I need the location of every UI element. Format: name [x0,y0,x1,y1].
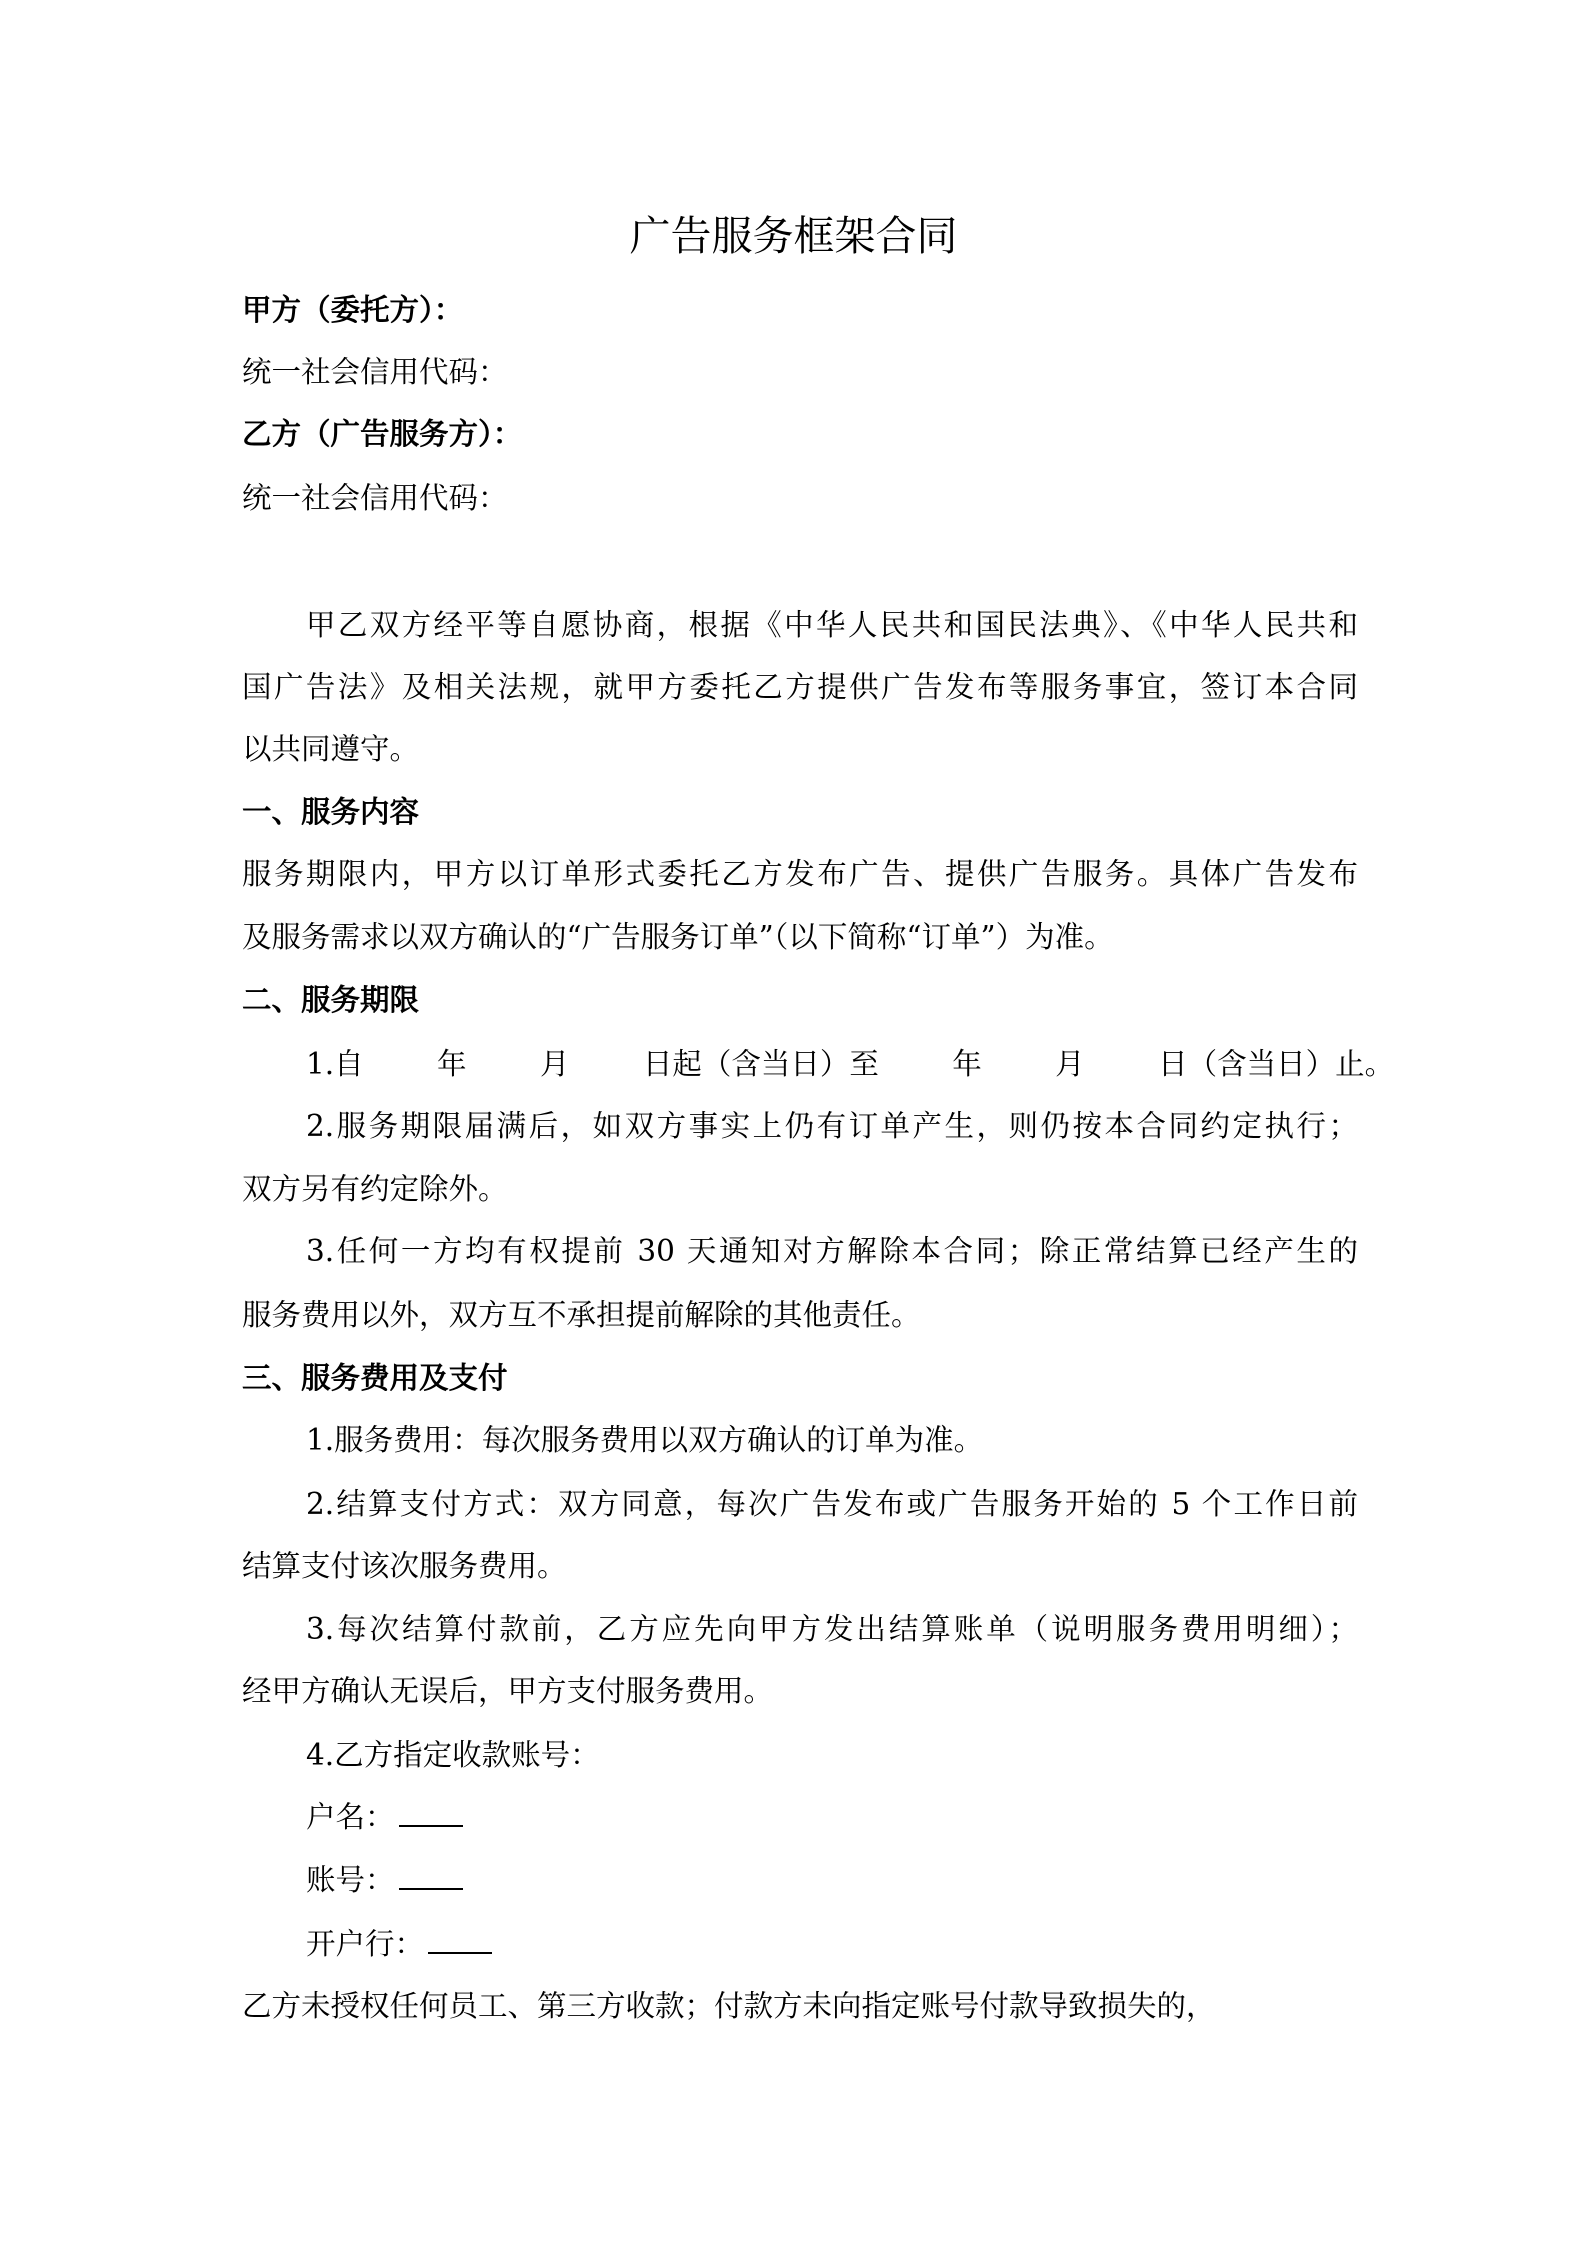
bank-label: 开户行： [306,1927,424,1961]
term-year-to: 年 [952,1047,982,1081]
party-a-label: 甲方（委托方）： [242,290,1358,330]
section-2-item-2-line-2: 双方另有约定除外。 [242,1169,1358,1209]
section-3-item-1: 1.服务费用：每次服务费用以双方确认的订单为准。 [306,1420,1358,1460]
section-1-line-2: 及服务需求以双方确认的“广告服务订单”（以下简称“订单”）为准。 [242,917,1358,957]
account-name-blank [399,1799,463,1827]
section-3-item-4: 4.乙方指定收款账号： [306,1735,1358,1775]
bank-row: 开户行： [306,1924,1358,1964]
section-2-item-3-line-1: 3.任何一方均有权提前 30 天通知对方解除本合同；除正常结算已经产生的 [306,1231,1358,1271]
term-year-from: 年 [437,1047,467,1081]
preamble-line-2: 国广告法》及相关法规，就甲方委托乙方提供广告发布等服务事宜，签订本合同 [242,667,1358,707]
section-2-heading: 二、服务期限 [242,980,1358,1020]
section-3-item-2-line-2: 结算支付该次服务费用。 [242,1546,1358,1586]
term-prefix: 1.自 [306,1047,364,1081]
section-1-heading: 一、服务内容 [242,792,1358,832]
preamble-line-3: 以共同遵守。 [242,729,1358,769]
term-day-to: 日（含当日）止。 [1158,1047,1394,1081]
party-a-credit-code-label: 统一社会信用代码： [242,352,1358,392]
term-day-from: 日起（含当日）至 [643,1047,879,1081]
section-1-line-1: 服务期限内，甲方以订单形式委托乙方发布广告、提供广告服务。具体广告发布 [242,854,1358,894]
section-3-item-3-line-2: 经甲方确认无误后，甲方支付服务费用。 [242,1671,1358,1711]
section-2-item-3-line-2: 服务费用以外，双方互不承担提前解除的其他责任。 [242,1295,1358,1335]
account-name-row: 户名： [306,1797,1358,1837]
account-number-label: 账号： [306,1863,395,1897]
contract-page: 广告服务框架合同 甲方（委托方）： 统一社会信用代码： 乙方（广告服务方）： 统… [0,0,1587,2245]
preamble-line-1: 甲乙双方经平等自愿协商，根据《中华人民共和国民法典》、《中华人民共和 [306,605,1358,645]
term-month-to: 月 [1055,1047,1085,1081]
account-name-label: 户名： [306,1800,395,1834]
section-3-item-2-line-1: 2.结算支付方式：双方同意，每次广告发布或广告服务开始的 5 个工作日前 [306,1484,1358,1524]
bank-blank [428,1926,492,1954]
term-month-from: 月 [540,1047,570,1081]
account-number-blank [399,1862,463,1890]
party-b-credit-code-label: 统一社会信用代码： [242,478,1358,518]
section-3-item-3-line-1: 3.每次结算付款前，乙方应先向甲方发出结算账单（说明服务费用明细）； [306,1609,1358,1649]
section-2-item-2-line-1: 2.服务期限届满后，如双方事实上仍有订单产生，则仍按本合同约定执行； [306,1106,1358,1146]
account-number-row: 账号： [306,1860,1358,1900]
section-2-item-1: 1.自 年 月 日起（含当日）至 年 月 日（含当日）止。 [306,1044,1358,1084]
document-title: 广告服务框架合同 [0,212,1587,260]
closing-line: 乙方未授权任何员工、第三方收款；付款方未向指定账号付款导致损失的， [242,1986,1358,2026]
section-3-heading: 三、服务费用及支付 [242,1358,1358,1398]
party-b-label: 乙方（广告服务方）： [242,414,1358,454]
